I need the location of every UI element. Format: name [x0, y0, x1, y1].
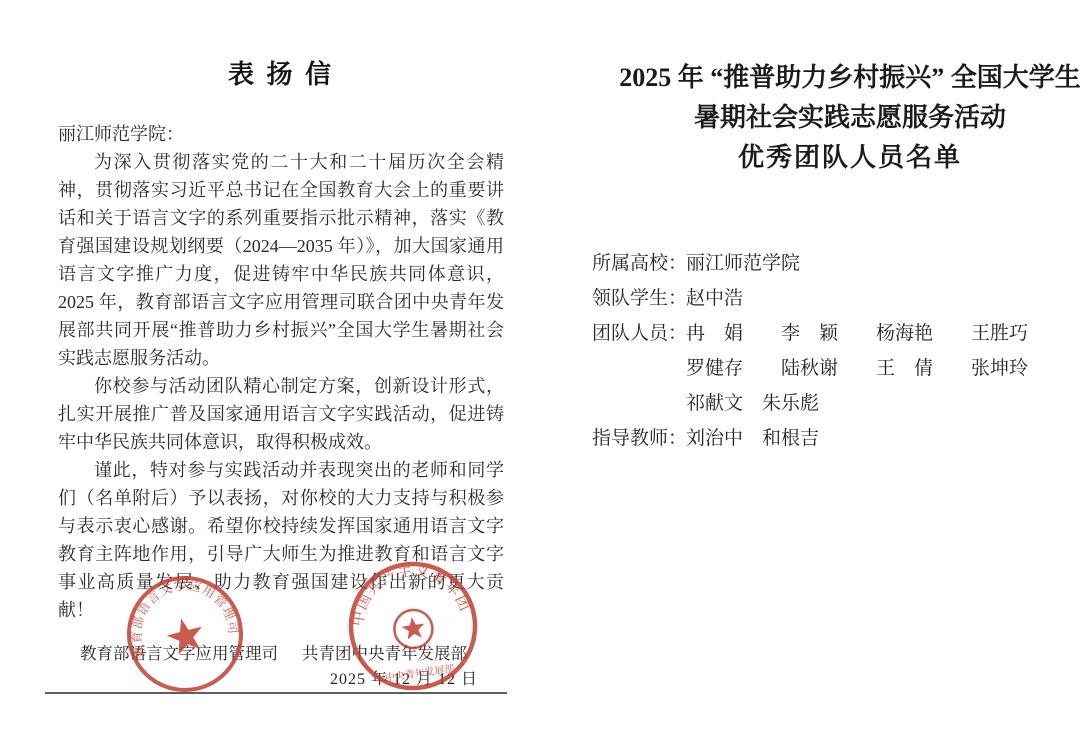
roster-title-line-2: 暑期社会实践志愿服务活动	[600, 98, 1080, 138]
roster-label: 所属高校：	[592, 246, 686, 281]
letter-paragraph-2: 你校参与活动团队精心制定方案，创新设计形式，扎实开展推广普及国家通用语言文字实践…	[58, 372, 504, 456]
roster-row-members-2: 罗健存 陆秋谢 王 倩 张坤玲	[592, 351, 1028, 386]
roster-title: 2025 年 “推普助力乡村振兴” 全国大学生 暑期社会实践志愿服务活动 优秀团…	[600, 58, 1080, 178]
roster-label: 领队学生：	[592, 281, 686, 316]
signature-org-right: 共青团中央青年发展部	[302, 640, 467, 664]
roster-row-advisors: 指导教师：刘治中 和根吉	[592, 421, 1028, 456]
letter-salutation: 丽江师范学院：	[58, 120, 504, 148]
roster-row-members-3: 祁献文 朱乐彪	[592, 386, 1028, 421]
roster-value: 罗健存 陆秋谢 王 倩 张坤玲	[686, 358, 1028, 379]
roster-page: 2025 年 “推普助力乡村振兴” 全国大学生 暑期社会实践志愿服务活动 优秀团…	[540, 0, 1080, 730]
roster-list: 所属高校：丽江师范学院 领队学生：赵中浩 团队人员：冉 娟 李 颖 杨海艳 王胜…	[592, 246, 1028, 456]
letter-title: 表 扬 信	[58, 54, 504, 91]
letter-paragraph-3: 谨此，特对参与实践活动并表现突出的老师和同学们（名单附后）予以表扬，对你校的大力…	[58, 456, 504, 624]
roster-row-school: 所属高校：丽江师范学院	[592, 246, 1028, 281]
roster-value: 赵中浩	[686, 288, 743, 309]
signature-org-left: 教育部语言文字应用管理司	[80, 640, 278, 664]
roster-label: 指导教师：	[592, 421, 686, 456]
roster-row-members-1: 团队人员：冉 娟 李 颖 杨海艳 王胜巧	[592, 316, 1028, 351]
footer-divider-line	[45, 692, 507, 694]
letter-body: 丽江师范学院： 为深入贯彻落实党的二十大和二十届历次全会精神，贯彻落实习近平总书…	[58, 120, 504, 624]
commendation-letter-page: 表 扬 信 丽江师范学院： 为深入贯彻落实党的二十大和二十届历次全会精神，贯彻落…	[0, 0, 540, 730]
roster-value: 祁献文 朱乐彪	[686, 393, 819, 414]
roster-title-line-1: 2025 年 “推普助力乡村振兴” 全国大学生	[600, 58, 1080, 98]
roster-value: 冉 娟 李 颖 杨海艳 王胜巧	[686, 323, 1028, 344]
letter-paragraph-1: 为深入贯彻落实党的二十大和二十届历次全会精神，贯彻落实习近平总书记在全国教育大会…	[58, 148, 504, 372]
roster-row-leader: 领队学生：赵中浩	[592, 281, 1028, 316]
roster-label: 团队人员：	[592, 316, 686, 351]
roster-value: 丽江师范学院	[686, 253, 800, 274]
letter-date: 2025 年 12 月 12 日	[330, 666, 478, 689]
roster-title-line-3: 优秀团队人员名单	[600, 138, 1080, 178]
roster-value: 刘治中 和根吉	[686, 428, 819, 449]
